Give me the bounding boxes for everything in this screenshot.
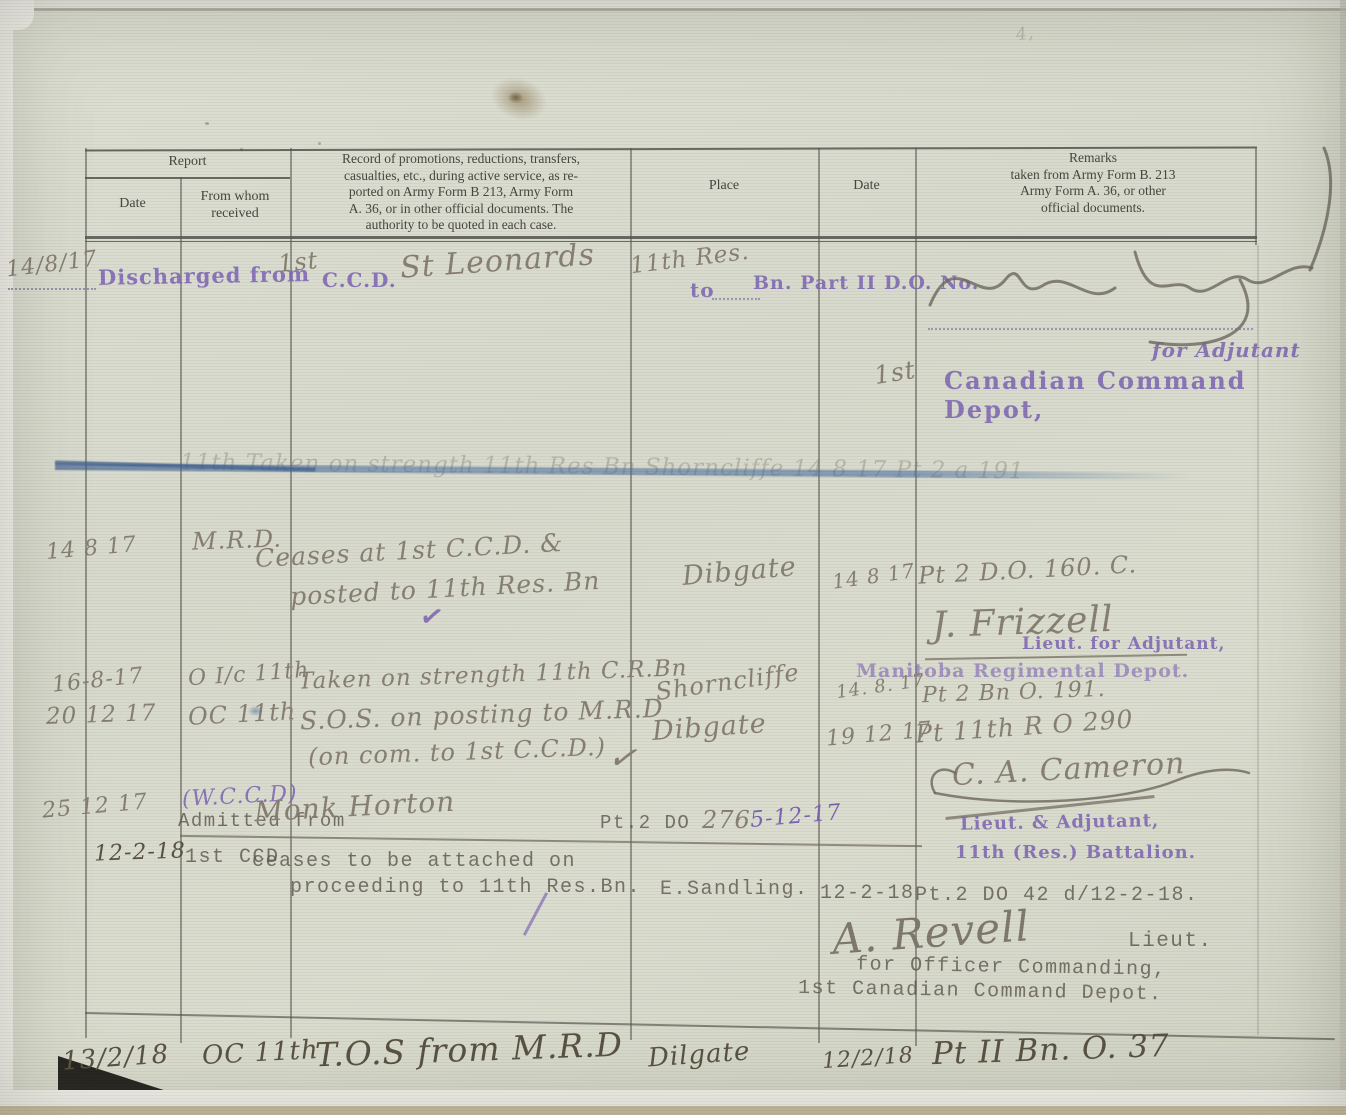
- row-place: Dilgate: [647, 1036, 751, 1073]
- speck: [318, 142, 321, 145]
- row-remarks: Pt 2 Bn O. 191.: [922, 677, 1106, 708]
- smudge-core: [508, 92, 523, 103]
- row-from: OC 11th: [187, 697, 297, 731]
- typed-ceases: ceases to be attached on: [252, 850, 576, 873]
- speck: [205, 122, 209, 125]
- row-remarks: Pt 2 D.O. 160. C.: [917, 550, 1137, 589]
- dotted-leader: [712, 298, 760, 300]
- stray-mark: 4,: [1015, 23, 1036, 45]
- table-vline: [180, 177, 182, 1043]
- signature-scrawl: [910, 140, 1346, 365]
- frame-top-line: [0, 8, 1346, 11]
- stamp-11th-res-battalion: 11th (Res.) Battalion.: [955, 842, 1196, 863]
- row-record-1: S.O.S. on posting to M.R.D: [300, 694, 665, 736]
- row-date: 13/2/18: [61, 1039, 170, 1076]
- row-date2: 14. 8. 17: [835, 670, 926, 703]
- frame-corner: [0, 0, 34, 30]
- row-place: Dibgate: [651, 708, 768, 747]
- row-date: 25 12 17: [41, 789, 149, 823]
- frame-top-strip: [0, 0, 1346, 8]
- row-date2: 12/2/18: [821, 1043, 914, 1074]
- stamp-ccd: C.C.D.: [322, 268, 397, 292]
- header-report: Report: [85, 154, 290, 170]
- typed-pt2-do: Pt.2 DO: [600, 812, 690, 834]
- table-vline: [85, 148, 87, 1038]
- typed-1st-cdn-depot: 1st Canadian Command Depot.: [798, 977, 1163, 1006]
- stamp-canadian-command-depot: Canadian Command Depot,: [944, 366, 1346, 424]
- table-vline: [630, 148, 632, 1040]
- row-record-1: Ceases at 1st C.C.D. &: [254, 528, 564, 573]
- stamp-lieut-adjutant: Lieut. & Adjutant,: [960, 810, 1160, 834]
- header-from-whom: From whom received: [180, 188, 290, 222]
- row-date2: 14 8 17: [831, 558, 917, 593]
- header-record: Record of promotions, reductions, transf…: [296, 151, 626, 234]
- hand-276: 276: [702, 806, 751, 834]
- table-line-report: [85, 177, 290, 179]
- frame-left-strip: [0, 0, 13, 1115]
- hand-place: St Leonards: [399, 237, 596, 286]
- typed-sandling: E.Sandling.: [660, 878, 809, 901]
- row-record: T.O.S from M.R.D: [314, 1025, 623, 1075]
- check-mark-pencil: ✓: [605, 736, 640, 780]
- document-scan: 4, Report Date From whom received Record…: [0, 0, 1346, 1115]
- hand-5-12-17: 5-12-17: [749, 800, 843, 833]
- hand-to-unit: 11th Res.: [629, 239, 751, 279]
- typed-proceeding: proceeding to 11th Res.Bn.: [290, 876, 641, 899]
- signature-frizzell: J. Frizzell: [931, 599, 1114, 646]
- frame-bottom-beige: [0, 1106, 1346, 1115]
- typed-for-oc: for Officer Commanding,: [856, 953, 1167, 981]
- signature-flourish: [925, 745, 1255, 820]
- row-date: 12-2-18: [94, 838, 187, 866]
- typed-remarks: Pt.2 DO 42 d/12-2-18.: [915, 884, 1199, 907]
- dotted-leader: [8, 288, 96, 290]
- header-date-left: Date: [85, 196, 180, 212]
- row-from: O I/c 11th: [187, 658, 310, 691]
- hand-unit: 1st: [277, 246, 320, 278]
- row-remarks: Pt II Bn. O. 37: [931, 1028, 1170, 1072]
- typed-lieut: Lieut.: [1128, 930, 1213, 953]
- row-place: Dibgate: [681, 551, 798, 592]
- row-date: 16-8-17: [51, 663, 145, 697]
- row-record-2: (on com. to 1st C.C.D.): [308, 733, 607, 771]
- header-place: Place: [630, 178, 818, 194]
- stamp-to: to: [690, 278, 715, 302]
- row-from: OC 11th: [201, 1035, 319, 1071]
- row-date: 20 12 17: [46, 700, 157, 730]
- header-date-right: Date: [818, 178, 915, 194]
- ink-blot: [248, 706, 263, 716]
- row-remarks: Pt 11th R O 290: [914, 704, 1134, 748]
- row-date: 14 8 17: [45, 532, 138, 565]
- typed-date2: 12-2-18: [820, 882, 915, 905]
